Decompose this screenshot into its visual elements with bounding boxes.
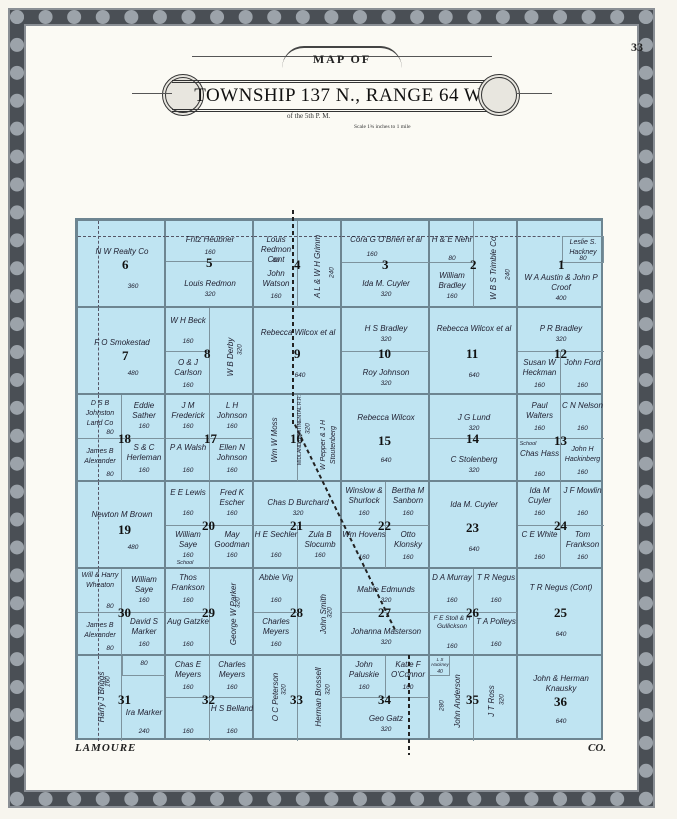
acreage: 80: [100, 645, 120, 652]
acreage: 160: [166, 423, 210, 430]
acreage: 160: [166, 467, 210, 474]
acreage: 160: [254, 641, 298, 648]
owner-name: Wm W Moss: [270, 415, 280, 465]
page-number: 33: [631, 40, 643, 55]
acreage: 160: [430, 597, 474, 604]
decorative-rule: [132, 93, 172, 94]
decorative-rule: [516, 93, 552, 94]
owner-name: E E Lewis: [166, 488, 210, 498]
owner-name: Chas Hass: [518, 449, 561, 459]
owner-name: P R Bradley: [518, 324, 604, 334]
section-26[interactable]: D A Murray 160 T R Negus 160 26 F E Stol…: [429, 568, 517, 655]
section-number: 1: [558, 257, 565, 273]
owner-name: Roy Johnson: [342, 368, 430, 378]
acreage: 160: [122, 597, 166, 604]
acreage: 320: [499, 690, 506, 710]
county-label-right: CO.: [588, 742, 606, 754]
page-title: TOWNSHIP 137 N., RANGE 64 W.: [194, 85, 486, 107]
acreage: 240: [329, 263, 336, 283]
map-of-label: MAP OF: [282, 52, 402, 67]
owner-name: C Stolenberg: [430, 455, 518, 465]
owner-name: T A Polleys: [474, 617, 518, 627]
acreage: 160: [122, 423, 166, 430]
section-28[interactable]: Abbie Vig 160 28 Charles Meyers 160 John…: [253, 568, 341, 655]
acreage: 160: [342, 554, 386, 561]
section-3[interactable]: Cora G O'Brien et al 160 3 Ida M. Cuyler…: [341, 220, 429, 307]
section-number: 25: [554, 605, 567, 621]
section-17[interactable]: J M Frederick 160 L H Johnson 160 17 P A…: [165, 394, 253, 481]
owner-name: W H Beck: [166, 316, 210, 326]
owner-name: Chas E Meyers: [166, 660, 210, 680]
owner-name: S & C Herleman: [122, 443, 166, 463]
acreage: 160: [254, 597, 298, 604]
acreage: 80: [100, 429, 120, 436]
section-36[interactable]: John & Herman Knausky 36 640: [517, 655, 603, 740]
owner-name: F E Stoll & H Gullickson: [430, 615, 474, 631]
railroad-label: MIDLAND CONTINENTAL R.R.: [295, 395, 305, 465]
acreage: 280: [439, 696, 446, 716]
section-number: 5: [206, 255, 213, 271]
section-number: 15: [378, 433, 391, 449]
section-2[interactable]: H & E Nehr 80 2 William Bradley 160 W B …: [429, 220, 517, 307]
owner-name: Newton M Brown: [78, 510, 166, 520]
owner-name: John Ford: [561, 358, 604, 368]
acreage: 640: [518, 631, 604, 638]
section-22[interactable]: Winslow & Shurlock 160 Bertha M Sanborn …: [341, 481, 429, 568]
owner-name: O C Peterson: [271, 667, 281, 727]
section-35[interactable]: L S Hackney 40 280 John Anderson 35 J T …: [429, 655, 517, 740]
acreage: 160: [210, 510, 254, 517]
owner-name: T R Negus: [474, 573, 518, 583]
owner-name: Will & Harry Wheaton: [78, 571, 122, 591]
owner-name: Rebecca Wilcox: [342, 413, 430, 423]
acreage: 320: [327, 603, 334, 623]
owner-name: D A Murray: [430, 573, 474, 583]
owner-name: Louis Redmon: [166, 279, 254, 289]
section-15[interactable]: Rebecca Wilcox 15 640: [341, 394, 429, 481]
acreage: 160: [386, 554, 430, 561]
acreage: 160: [561, 469, 604, 476]
owner-name: W Pepper & J H Stoutenberg: [319, 410, 339, 480]
owner-name: H E Sechler: [254, 530, 298, 540]
acreage: 400: [518, 295, 604, 302]
section-14[interactable]: J G Lund 320 14 C Stolenberg 320: [429, 394, 517, 481]
acreage: 480: [118, 544, 148, 551]
owner-name: Bertha M Sanborn: [386, 486, 430, 506]
acreage: 80: [562, 255, 604, 262]
owner-name: John Paluskie: [342, 660, 386, 680]
section-12[interactable]: P R Bradley 320 12 Susan W Heckman 160 J…: [517, 307, 603, 394]
owner-name: W B Derby: [226, 332, 236, 382]
section-number: 6: [122, 257, 129, 273]
acreage: 160: [298, 552, 342, 559]
acreage: 160: [561, 554, 604, 561]
acreage: 640: [430, 546, 518, 553]
owner-name: Charles Meyers: [254, 617, 298, 637]
title-cartouche: MAP OF TOWNSHIP 137 N., RANGE 64 W. of t…: [132, 44, 552, 134]
section-13[interactable]: Paul Walters 160 C N Nelson 160 School 1…: [517, 394, 603, 481]
owner-name: A L & W H Grimm: [313, 238, 323, 298]
section-number: 33: [290, 692, 303, 708]
owner-name: Ida M. Cuyler: [430, 500, 518, 510]
section-8[interactable]: W H Beck 160 8 O & J Carlson 160 W B Der…: [165, 307, 253, 394]
acreage: 320: [342, 380, 430, 387]
owner-name: Geo Gatz: [342, 714, 430, 724]
acreage: 320: [342, 726, 430, 733]
section-32[interactable]: Chas E Meyers 160 Charles Meyers 160 32 …: [165, 655, 253, 740]
section-18[interactable]: D S B Johnston Land Co 80 Eddie Sather 1…: [77, 394, 165, 481]
section-9[interactable]: Rebecca Wilcox et al 9 640: [253, 307, 341, 394]
section-number: 36: [554, 694, 567, 710]
owner-name: David S Marker: [122, 617, 166, 637]
owner-name: J G Lund: [430, 413, 518, 423]
owner-name: J T Ross: [487, 681, 497, 721]
section-number: 11: [466, 346, 478, 362]
owner-name: D S B Johnston Land Co: [78, 399, 122, 429]
acreage: 80: [430, 255, 474, 262]
owner-name: Abbie Vig: [254, 573, 298, 583]
acreage: 320: [342, 597, 430, 604]
section-34[interactable]: John Paluskie 160 Katie F O'Connor 160 3…: [341, 655, 429, 740]
acreage: 160: [105, 672, 112, 692]
acreage: 160: [518, 510, 561, 517]
section-number: 34: [378, 692, 391, 708]
owner-name: H S Bradley: [342, 324, 430, 334]
township-grid: N W Realty Co 6 360 Fritz Heubner 160 5 …: [75, 218, 603, 740]
owner-name: Mable Edmunds: [342, 585, 430, 595]
owner-name: Ida M Cuyler: [518, 486, 561, 506]
acreage: 160: [166, 510, 210, 517]
acreage: 160: [210, 552, 254, 559]
owner-name: Ellen N Johnson: [210, 443, 254, 463]
owner-name: Charles Meyers: [210, 660, 254, 680]
acreage: 160: [561, 382, 604, 389]
acreage: 160: [166, 338, 210, 345]
acreage: 240: [505, 265, 512, 285]
owner-name: Rebecca Wilcox et al: [254, 328, 342, 338]
school-label: School: [170, 560, 200, 566]
scale-label: Scale 1¾ inches to 1 mile: [354, 124, 411, 130]
owner-name: Fred K Escher: [210, 488, 254, 508]
owner-name: P A Walsh: [166, 443, 210, 453]
owner-name: J M Frederick: [166, 401, 210, 421]
acreage: 160: [166, 382, 210, 389]
owner-name: Ida M. Cuyler: [342, 279, 430, 289]
acreage: 80: [100, 471, 120, 478]
acreage: 480: [118, 370, 148, 377]
acreage: 160: [518, 554, 561, 561]
acreage: 160: [342, 251, 402, 258]
owner-name: John H Hackinberg: [561, 445, 604, 465]
acreage: 160: [386, 510, 430, 517]
acreage: 160: [122, 641, 166, 648]
acreage: 160: [430, 293, 474, 300]
owner-name: William Saye: [166, 530, 210, 550]
owner-name: Aug Gatzke: [166, 617, 210, 627]
acreage: 160: [342, 684, 386, 691]
section-11[interactable]: Rebecca Wilcox et al 11 640: [429, 307, 517, 394]
owner-name: James B Alexander: [78, 621, 122, 641]
acreage: 160: [518, 471, 561, 478]
section-number: 19: [118, 522, 131, 538]
acreage: 160: [342, 510, 386, 517]
section-number: 7: [122, 348, 129, 364]
section-30[interactable]: Will & Harry Wheaton 80 William Saye 160…: [77, 568, 165, 655]
acreage: 320: [254, 510, 342, 517]
acreage: 160: [210, 467, 254, 474]
acreage: 160: [254, 552, 298, 559]
owner-name: Rebecca Wilcox et al: [430, 324, 518, 334]
owner-name: Cora G O'Brien et al: [342, 235, 430, 245]
owner-name: Zula B Slocumb: [298, 530, 342, 550]
section-10[interactable]: H S Bradley 320 10 Roy Johnson 320: [341, 307, 429, 394]
acreage: 320: [235, 593, 242, 613]
owner-name: H & E Nehr: [430, 235, 474, 245]
acreage: 160: [518, 425, 561, 432]
owner-name: James B Alexander: [78, 447, 122, 467]
section-number: 35: [466, 692, 479, 708]
owner-name: Winslow & Shurlock: [342, 486, 386, 506]
acreage: 160: [210, 684, 254, 691]
owner-name: W B S Trimble Co: [489, 240, 499, 300]
owner-name: Herman Brossell: [314, 662, 324, 732]
owner-name: F O Smokestad: [80, 338, 164, 348]
acreage: 320: [237, 340, 244, 360]
owner-name: C N Nelson: [561, 401, 604, 411]
acreage: 240: [122, 728, 166, 735]
owner-name: John Anderson: [453, 671, 463, 731]
acreage: 160: [430, 643, 474, 650]
section-number: 31: [118, 692, 131, 708]
owner-name: Chas D Burchard: [254, 498, 342, 508]
section-5[interactable]: Fritz Heubner 160 5 Louis Redmon 320: [165, 220, 253, 307]
owner-name: H S Belland: [210, 704, 254, 714]
acreage: 320: [430, 467, 518, 474]
owner-name: C E White: [518, 530, 561, 540]
section-20[interactable]: E E Lewis 160 Fred K Escher 160 20 Willi…: [165, 481, 253, 568]
owner-name: Ira Marker: [122, 708, 166, 718]
owner-name: L H Johnson: [210, 401, 254, 421]
school-label: School: [518, 441, 538, 447]
railroad-line: [408, 655, 410, 755]
owner-name: Johanna Masterson: [342, 627, 430, 637]
section-29[interactable]: Thos Frankson 160 29 Aug Gatzke 160 Geor…: [165, 568, 253, 655]
section-24[interactable]: Ida M Cuyler 160 J F Mowlin 160 24 C E W…: [517, 481, 603, 568]
section-number: 3: [382, 257, 389, 273]
acreage: 160: [561, 510, 604, 517]
owner-name: Fritz Heubner: [166, 235, 254, 245]
acreage: 80: [100, 603, 120, 610]
owner-name: Thos Frankson: [166, 573, 210, 593]
acreage: 320: [342, 291, 430, 298]
owner-name: O & J Carlson: [166, 358, 210, 378]
section-number: 23: [466, 520, 479, 536]
owner-name: May Goodman: [210, 530, 254, 550]
acreage: 320: [166, 291, 254, 298]
section-23[interactable]: Ida M. Cuyler 23 640: [429, 481, 517, 568]
owner-name: George W Parker: [229, 574, 239, 654]
owner-name: W A Austin & John P Croof: [518, 273, 604, 293]
owner-name: Otto Klonsky: [386, 530, 430, 550]
acreage: 160: [518, 382, 561, 389]
owner-name: Susan W Heckman: [518, 358, 561, 378]
acreage: 320: [325, 680, 332, 700]
acreage: 160: [166, 597, 210, 604]
acreage: 320: [305, 419, 312, 439]
owner-name: Tom Frankson: [561, 530, 604, 550]
section-19[interactable]: Newton M Brown 19 480: [77, 481, 165, 568]
acreage: 160: [166, 641, 210, 648]
section-7[interactable]: F O Smokestad 7 480: [77, 307, 165, 394]
acreage: 160: [210, 728, 254, 735]
acreage: 80: [122, 660, 166, 667]
section-number: 14: [466, 431, 479, 447]
title-banner: TOWNSHIP 137 N., RANGE 64 W.: [172, 80, 508, 112]
meridian-label: of the 5th P. M.: [287, 112, 330, 120]
section-1[interactable]: Leslie S. Hackney 80 1 W A Austin & John…: [517, 220, 603, 307]
acreage: 360: [118, 283, 148, 290]
owner-name: N W Realty Co: [80, 247, 164, 257]
acreage: 320: [518, 336, 604, 343]
acreage: 160: [166, 552, 210, 559]
owner-name: John & Herman Knausky: [518, 674, 604, 694]
section-4[interactable]: Louis Redmon Cont 80 4 John Watson 160 A…: [253, 220, 341, 307]
owner-name: Eddie Sather: [122, 401, 166, 421]
acreage: 160: [474, 597, 518, 604]
railroad-line: [292, 210, 294, 425]
section-25[interactable]: T R Negus (Cont) 25 640: [517, 568, 603, 655]
owner-name: William Bradley: [430, 271, 474, 291]
acreage: 160: [474, 641, 518, 648]
acreage: 160: [122, 467, 166, 474]
section-6[interactable]: N W Realty Co 6 360: [77, 220, 165, 307]
acreage: 640: [342, 457, 430, 464]
owner-name: Paul Walters: [518, 401, 561, 421]
acreage: 320: [281, 680, 288, 700]
acreage: 160: [166, 728, 210, 735]
seal-medallion-icon: [478, 74, 520, 116]
section-33[interactable]: O C Peterson 320 33 Herman Brossell 320: [253, 655, 341, 740]
acreage: 160: [166, 684, 210, 691]
acreage: 320: [342, 639, 430, 646]
owner-name: T R Negus (Cont): [518, 583, 604, 593]
acreage: 640: [430, 372, 518, 379]
county-label-left: LAMOURE: [75, 742, 136, 754]
acreage: 320: [342, 336, 430, 343]
owner-name: J F Mowlin: [561, 486, 604, 496]
section-number: 10: [378, 346, 391, 362]
section-number: 9: [294, 346, 301, 362]
acreage: 160: [561, 425, 604, 432]
section-31[interactable]: 80 Harry J Briggs 160 31 Ira Marker 240: [77, 655, 165, 740]
acreage: 640: [518, 718, 604, 725]
owner-name: William Saye: [122, 575, 166, 595]
acreage: 160: [210, 423, 254, 430]
